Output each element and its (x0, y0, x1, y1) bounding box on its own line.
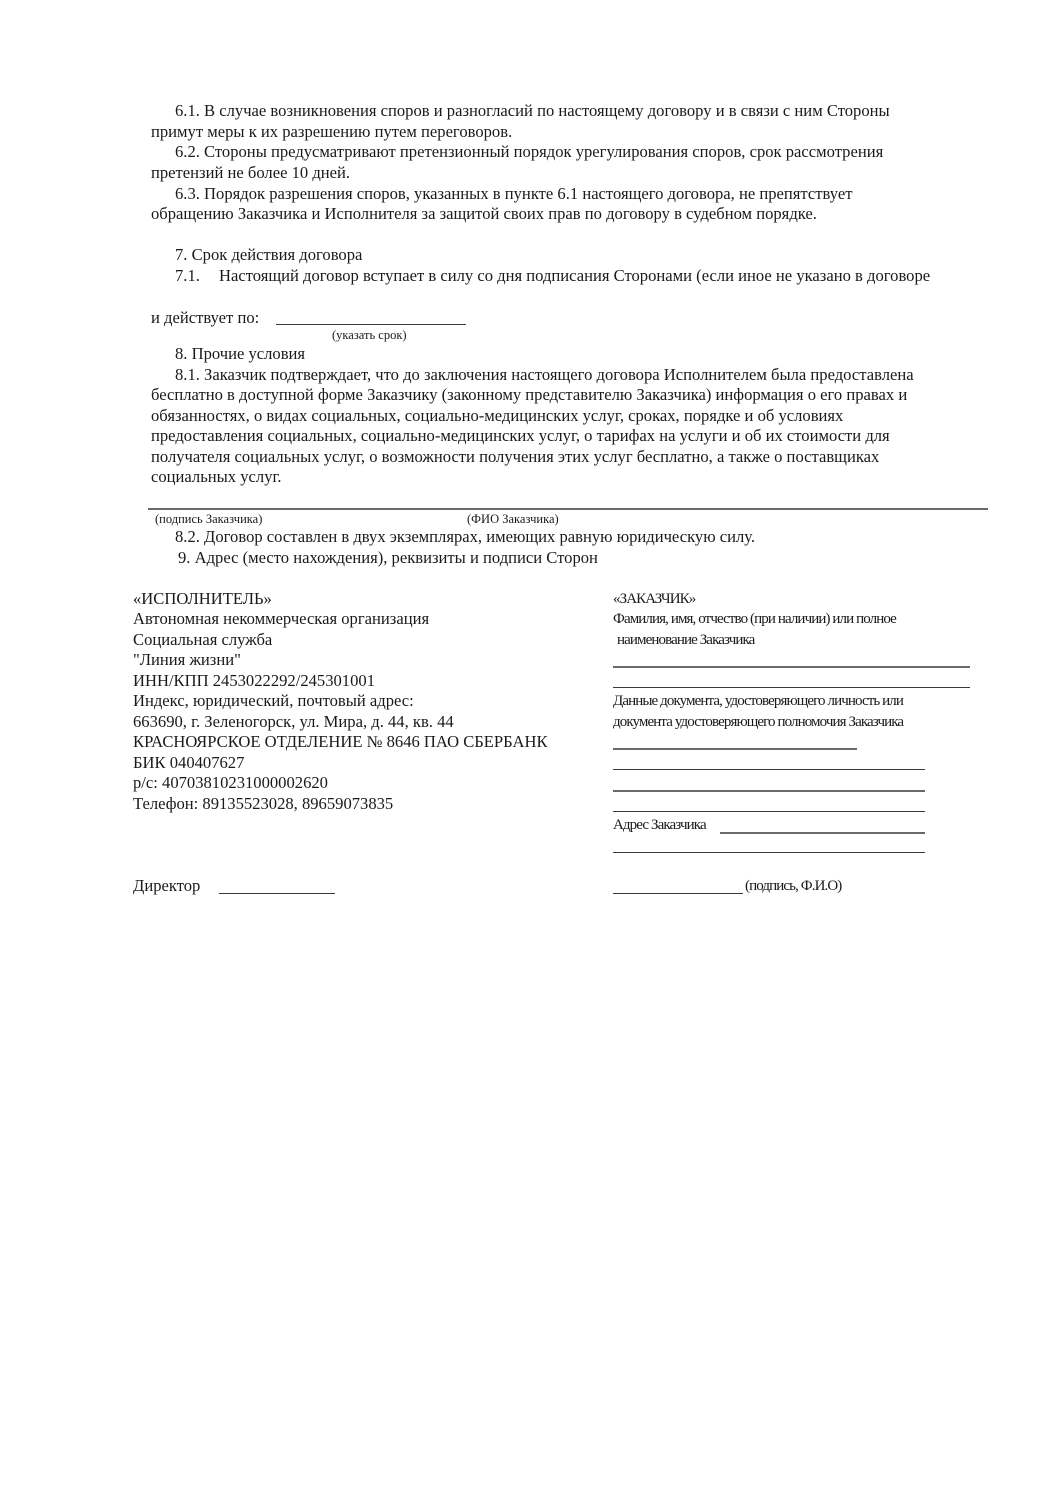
clause-6-3-line1: 6.3. Порядок разрешения споров, указанны… (175, 184, 852, 204)
customer-doc-label-2: документа удостоверяющего полномочия Зак… (613, 712, 903, 732)
executor-org-type: Автономная некоммерческая организация (133, 609, 429, 629)
director-label: Директор (133, 876, 200, 896)
section-7-heading: 7. Срок действия договора (175, 245, 362, 265)
executor-inn-kpp: ИНН/КПП 2453022292/245301001 (133, 671, 375, 691)
clause-6-1-line1: 6.1. В случае возникновения споров и раз… (175, 101, 890, 121)
executor-org-name-2: "Линия жизни" (133, 650, 241, 670)
clause-7-1-text: Настоящий договор вступает в силу со дня… (219, 266, 930, 286)
executor-address: 663690, г. Зеленогорск, ул. Мира, д. 44,… (133, 712, 454, 732)
clause-6-1-line2: примут меры к их разрешению путем перего… (151, 122, 512, 142)
customer-name-line-1[interactable] (613, 666, 970, 668)
customer-address-line-2[interactable] (613, 852, 925, 853)
customer-signature-field-line[interactable] (613, 893, 743, 894)
customer-address-line-1[interactable] (720, 832, 925, 834)
clause-8-1-line1: 8.1. Заказчик подтверждает, что до заклю… (175, 365, 914, 385)
executor-address-label: Индекс, юридический, почтовый адрес: (133, 691, 414, 711)
customer-doc-line-3[interactable] (613, 790, 925, 792)
clause-8-1-line2: бесплатно в доступной форме Заказчику (з… (151, 385, 907, 405)
clause-8-2: 8.2. Договор составлен в двух экземпляра… (175, 527, 755, 547)
customer-name-label-2: наименование Заказчика (617, 630, 754, 650)
customer-title: «ЗАКАЗЧИК» (613, 589, 695, 609)
customer-signature-line[interactable] (148, 508, 988, 510)
customer-signature-hint-label: (подпись, Ф.И.О) (745, 876, 841, 896)
clause-8-1-line5: получателя социальных услуг, о возможнос… (151, 447, 879, 467)
clause-8-1-line6: социальных услуг. (151, 467, 282, 487)
clause-8-1-line4: предоставления социальных, социально-мед… (151, 426, 890, 446)
executor-title: «ИСПОЛНИТЕЛЬ» (133, 589, 272, 609)
clause-6-3-line2: обращению Заказчика и Исполнителя за защ… (151, 204, 817, 224)
valid-until-hint: (указать срок) (332, 328, 407, 342)
clause-6-2-line1: 6.2. Стороны предусматривают претензионн… (175, 142, 883, 162)
customer-doc-line-1[interactable] (613, 748, 857, 750)
executor-phone: Телефон: 89135523028, 89659073835 (133, 794, 393, 814)
clause-8-1-line3: обязанностях, о видах социальных, социал… (151, 406, 843, 426)
executor-org-name-1: Социальная служба (133, 630, 272, 650)
customer-signature-hint: (подпись Заказчика) (155, 512, 262, 526)
executor-bank: КРАСНОЯРСКОЕ ОТДЕЛЕНИЕ № 8646 ПАО СБЕРБА… (133, 732, 548, 752)
valid-until-underline (276, 324, 466, 325)
customer-name-line-2[interactable] (613, 687, 970, 688)
executor-bik: БИК 040407627 (133, 753, 244, 773)
customer-doc-line-2[interactable] (613, 769, 925, 770)
valid-until-field[interactable] (276, 306, 466, 324)
customer-doc-label-1: Данные документа, удостоверяющего личнос… (613, 691, 903, 711)
clause-6-2-line2: претензий не более 10 дней. (151, 163, 350, 183)
valid-until-label: и действует по: (151, 308, 259, 328)
executor-account: р/с: 40703810231000002620 (133, 773, 328, 793)
director-signature-line[interactable] (219, 893, 335, 894)
customer-name-label-1: Фамилия, имя, отчество (при наличии) или… (613, 609, 896, 629)
clause-7-1-number: 7.1. (175, 266, 200, 286)
section-9-heading: 9. Адрес (место нахождения), реквизиты и… (178, 548, 598, 568)
customer-doc-line-4[interactable] (613, 811, 925, 812)
customer-address-label: Адрес Заказчика (613, 815, 706, 835)
customer-fio-hint: (ФИО Заказчика) (467, 512, 559, 526)
section-8-heading: 8. Прочие условия (175, 344, 305, 364)
